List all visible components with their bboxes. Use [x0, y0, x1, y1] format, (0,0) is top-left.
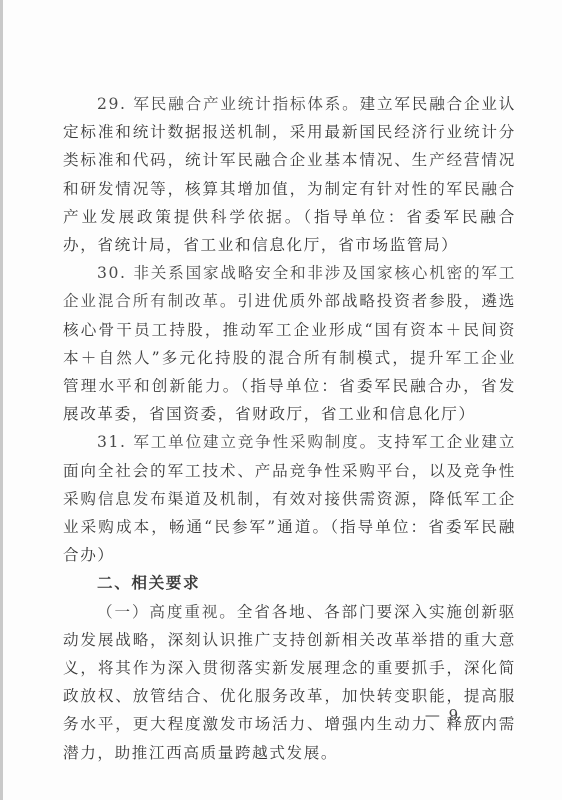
section-heading: 二、相关要求: [63, 569, 516, 597]
page-number: — 9 —: [425, 706, 484, 724]
paragraph-body: 全省各地、各部门要深入实施创新驱动发展战略，深刻认识推广支持创新相关改革举措的重…: [63, 603, 516, 762]
paragraph-lead: 29. 军民融合产业统计指标体系。: [97, 95, 360, 113]
paragraph-lead: （一）高度重视。: [97, 603, 237, 621]
paragraph-29: 29. 军民融合产业统计指标体系。建立军民融合企业认定标准和统计数据报送机制，采…: [63, 90, 516, 259]
paragraph-lead: 31. 军工单位建立竞争性采购制度。: [97, 433, 377, 451]
paragraph-30: 30. 非关系国家战略安全和非涉及国家核心机密的军工企业混合所有制改革。引进优质…: [63, 259, 516, 428]
document-page: 29. 军民融合产业统计指标体系。建立军民融合企业认定标准和统计数据报送机制，采…: [63, 90, 516, 767]
scan-edge: [0, 0, 3, 800]
paragraph-31: 31. 军工单位建立竞争性采购制度。支持军工企业建立面向全社会的军工技术、产品竞…: [63, 428, 516, 569]
paragraph-body: 建立军民融合企业认定标准和统计数据报送机制，采用最新国民经济行业统计分类标准和代…: [63, 95, 516, 226]
paragraph-requirements-1: （一）高度重视。全省各地、各部门要深入实施创新驱动发展战略，深刻认识推广支持创新…: [63, 598, 516, 767]
